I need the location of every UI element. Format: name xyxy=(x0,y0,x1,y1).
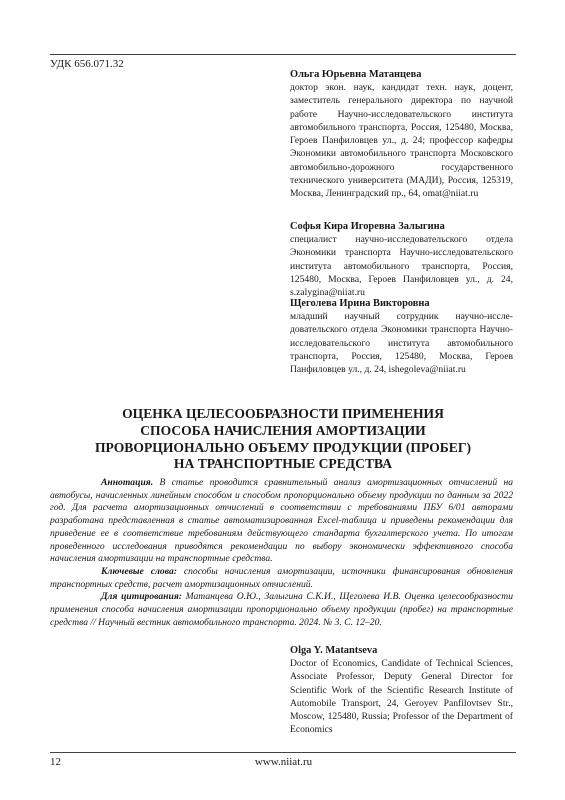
author-affiliation: специалист научно-исследовательского отд… xyxy=(290,233,513,299)
annotation-label: Аннотация. xyxy=(101,477,153,488)
abstract-section: Аннотация. В статье проводится сравнител… xyxy=(50,477,513,629)
citation-paragraph: Для цитирования: Матанцева О.Ю., Залыгин… xyxy=(50,591,513,629)
author-name: Софья Кира Игоревна Залыгина xyxy=(290,220,513,233)
footer-website: www.niiat.ru xyxy=(0,756,565,768)
footer-rule xyxy=(50,752,516,753)
author-name: Olga Y. Matantseva xyxy=(290,644,513,657)
citation-label: Для цитирования: xyxy=(101,591,182,602)
header-rule xyxy=(50,54,516,55)
annotation-text: В статье проводится сравнительный анализ… xyxy=(50,477,513,564)
website-link[interactable]: www.niiat.ru xyxy=(255,756,312,768)
author-name: Ольга Юрьевна Матанцева xyxy=(290,68,513,81)
author-affiliation: младший научный сотрудник научно-иссле­д… xyxy=(290,310,513,376)
title-line: СПОСОБА НАЧИСЛЕНИЯ АМОРТИЗАЦИИ xyxy=(50,423,516,440)
author-block: Ольга Юрьевна Матанцева доктор экон. нау… xyxy=(290,68,513,201)
author-name: Щеголева Ирина Викторовна xyxy=(290,297,513,310)
author-block: Щеголева Ирина Викторовна младший научны… xyxy=(290,297,513,376)
author-affiliation: Doctor of Economics, Candidate of Techni… xyxy=(290,657,513,737)
author-affiliation: доктор экон. наук, кандидат техн. наук, … xyxy=(290,81,513,201)
author-block-english: Olga Y. Matantseva Doctor of Economics, … xyxy=(290,644,513,737)
title-line: ПРОВОРЦИОНАЛЬНО ОБЪЕМУ ПРОДУКЦИИ (ПРОБЕГ… xyxy=(50,440,516,457)
keywords-paragraph: Ключевые слова: способы начисления аморт… xyxy=(50,566,513,591)
title-line: НА ТРАНСПОРТНЫЕ СРЕДСТВА xyxy=(50,456,516,473)
udc-code: УДК 656.071.32 xyxy=(50,58,124,70)
author-block: Софья Кира Игоревна Залыгина специалист … xyxy=(290,220,513,299)
article-title: ОЦЕНКА ЦЕЛЕСООБРАЗНОСТИ ПРИМЕНЕНИЯ СПОСО… xyxy=(50,406,516,473)
annotation-paragraph: Аннотация. В статье проводится сравнител… xyxy=(50,477,513,566)
keywords-label: Ключевые слова: xyxy=(101,566,177,577)
title-line: ОЦЕНКА ЦЕЛЕСООБРАЗНОСТИ ПРИМЕНЕНИЯ xyxy=(50,406,516,423)
